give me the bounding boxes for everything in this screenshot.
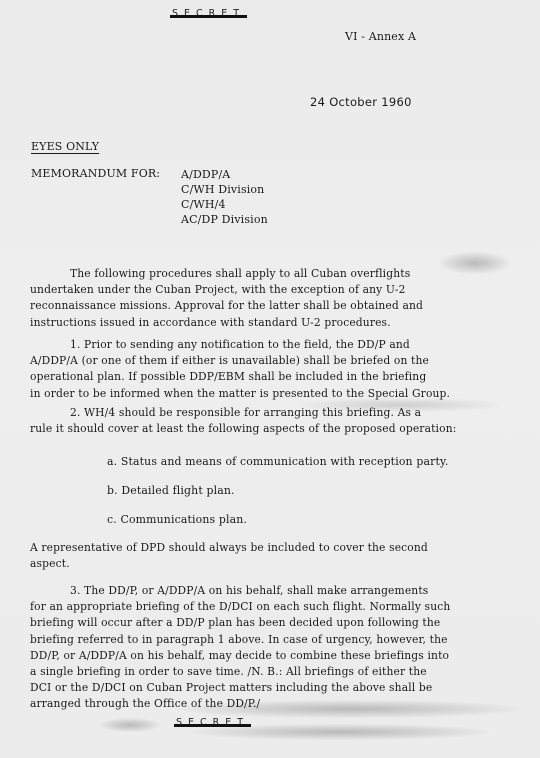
aspect-item-b: b. Detailed flight plan. <box>107 484 235 497</box>
text-line: for an appropriate briefing of the D/DCI… <box>30 599 450 615</box>
text-line: reconnaissance missions. Approval for th… <box>30 298 423 314</box>
text-line: aspect. <box>30 556 428 572</box>
text-line: in order to be informed when the matter … <box>30 386 450 402</box>
handling-caveat: EYES ONLY <box>31 140 99 153</box>
text-line: A/DDP/A (or one of them if either is una… <box>30 353 450 369</box>
text-line: 3. The DD/P, or A/DDP/A on his behalf, s… <box>70 584 428 597</box>
recipient: C/WH Division <box>181 182 264 197</box>
paragraph-3: 3. The DD/P, or A/DDP/A on his behalf, s… <box>30 583 450 713</box>
memo-date: 24 October 1960 <box>310 95 412 109</box>
recipient: AC/DP Division <box>181 212 268 227</box>
text-line: 2. WH/4 should be responsible for arrang… <box>70 406 421 419</box>
strikethrough-line <box>174 724 251 727</box>
text-line: A representative of DPD should always be… <box>30 540 428 556</box>
aspect-item-a: a. Status and means of communication wit… <box>107 455 448 468</box>
text-line: undertaken under the Cuban Project, with… <box>30 282 423 298</box>
recipient: C/WH/4 <box>181 197 226 212</box>
intro-paragraph: The following procedures shall apply to … <box>30 266 423 331</box>
text-line: The following procedures shall apply to … <box>70 267 410 280</box>
text-line: briefing will occur after a DD/P plan ha… <box>30 615 450 631</box>
text-line: DD/P, or A/DDP/A on his behalf, may deci… <box>30 648 450 664</box>
paragraph-2: 2. WH/4 should be responsible for arrang… <box>30 405 456 437</box>
text-line: 1. Prior to sending any notification to … <box>70 338 410 351</box>
text-line: operational plan. If possible DDP/EBM sh… <box>30 369 450 385</box>
annex-label: VI - Annex A <box>345 30 416 43</box>
memo-page: SECRET VI - Annex A 24 October 1960 EYES… <box>0 0 540 758</box>
aspect-item-c: c. Communications plan. <box>107 513 247 526</box>
strikethrough-line <box>170 15 247 18</box>
text-line: DCI or the D/DCI on Cuban Project matter… <box>30 680 450 696</box>
memorandum-label: MEMORANDUM FOR: <box>31 167 160 180</box>
dpd-note: A representative of DPD should always be… <box>30 540 428 572</box>
text-line: rule it should cover at least the follow… <box>30 421 456 437</box>
text-line: arranged through the Office of the DD/P.… <box>30 696 450 712</box>
text-line: instructions issued in accordance with s… <box>30 315 423 331</box>
paragraph-1: 1. Prior to sending any notification to … <box>30 337 450 402</box>
recipient: A/DDP/A <box>181 167 230 182</box>
classification-footer: SECRET <box>176 717 249 728</box>
classification-header: SECRET <box>172 8 245 19</box>
text-line: briefing referred to in paragraph 1 abov… <box>30 632 450 648</box>
text-line: a single briefing in order to save time.… <box>30 664 450 680</box>
